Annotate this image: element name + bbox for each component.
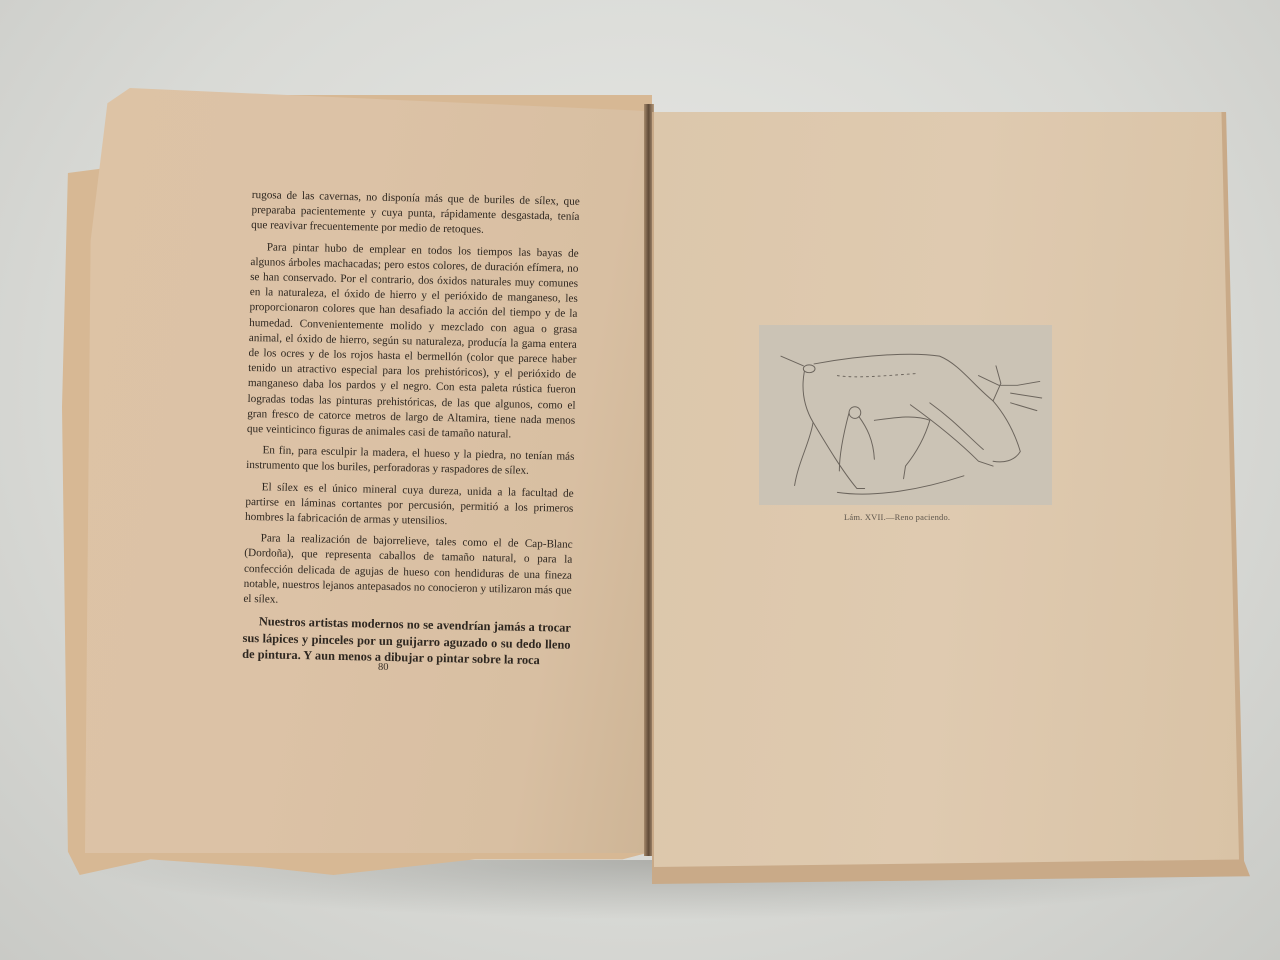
reindeer-drawing-icon: [759, 325, 1052, 505]
reindeer-plate-illustration: [759, 325, 1052, 505]
paragraph: Nuestros artistas modernos no se avendrí…: [242, 613, 571, 669]
paragraph: El sílex es el único mineral cuya dureza…: [245, 480, 574, 532]
page-number: 80: [378, 662, 389, 673]
paragraph: rugosa de las cavernas, no disponía más …: [251, 188, 580, 240]
paragraph: Para pintar hubo de emplear en todos los…: [247, 240, 579, 444]
left-page-text: rugosa de las cavernas, no disponía más …: [242, 188, 580, 676]
paragraph: En fin, para esculpir la madera, el hues…: [246, 443, 575, 480]
plate-caption: Lám. XVII.—Reno paciendo.: [844, 512, 950, 522]
paragraph: Para la realización de bajorrelieve, tal…: [243, 531, 573, 614]
